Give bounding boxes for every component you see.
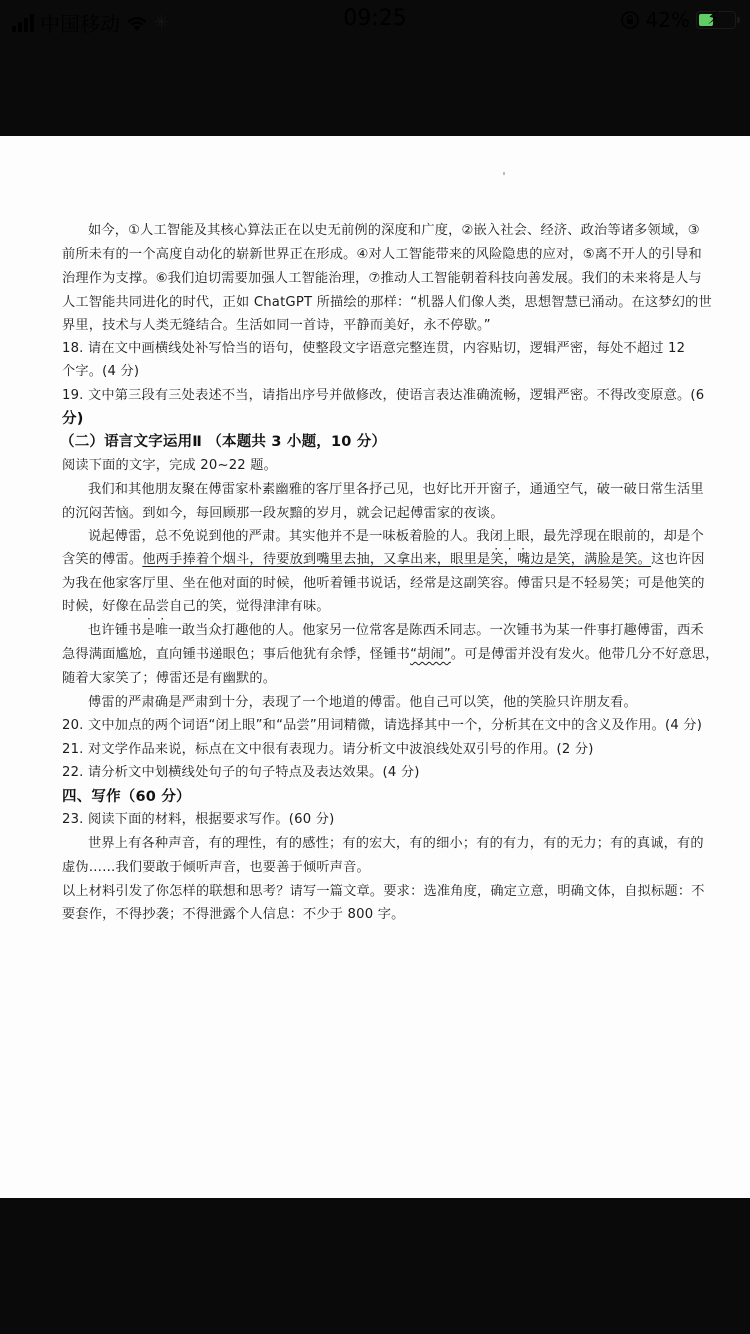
paragraph-line: 时候，好像在品尝自己的笑，觉得津津有味。 — [62, 598, 692, 616]
reading-instruction: 阅读下面的文字，完成 20~22 题。 — [62, 457, 692, 475]
paragraph-line: 虚伪……我们要敢于倾听声音，也要善于倾听声音。 — [62, 859, 692, 877]
text-segment: 时候，好像在 — [62, 599, 142, 614]
paragraph-line: 急得满面尴尬，直向锺书递眼色；事后他犹有余悸，怪锺书“胡闹”。可是傅雷并没有发火… — [62, 646, 692, 664]
emphasis-dot-char: 眼 — [516, 529, 529, 544]
section-heading-writing: 四、写作（60 分） — [62, 788, 692, 806]
paragraph-line: 界里，技术与人类无缝结合。生活如同一首诗，平静而美好，永不停歇。” — [62, 317, 692, 335]
emphasis-dot-char: 上 — [503, 529, 516, 544]
battery-charging-icon: ⚡ — [696, 11, 736, 29]
question-23: 23. 阅读下面的材料，根据要求写作。(60 分) — [62, 811, 692, 829]
question-20: 20. 文中加点的两个词语“闭上眼”和“品尝”用词精微，请选择其中一个，分析其在… — [62, 717, 692, 735]
question-22: 22. 请分析文中划横线处句子的句子特点及表达效果。(4 分) — [62, 764, 692, 782]
paragraph-line: 我们和其他朋友聚在傅雷家朴素幽雅的客厅里各抒己见，也好比开开窗子，通通空气，破一… — [88, 481, 692, 499]
battery-percent: 42% — [646, 8, 690, 32]
underlined-sentence: 他两手捧着个烟斗，待要放到嘴里去抽，又拿出来，眼里是笑，嘴边是笑，满脸是笑。 — [142, 552, 651, 567]
scan-speck — [503, 172, 505, 175]
paragraph-line: 前所未有的一个高度自动化的崭新世界正在形成。④对人工智能带来的风险隐患的应对，⑤… — [62, 246, 692, 264]
text-segment: ，最先浮现在眼前的，却是个 — [530, 529, 704, 544]
text-segment: 说起傅雷，总不免说到他的严肃。其实他并不是一味板着脸的人。我 — [88, 529, 490, 544]
paragraph-line: 如今，①人工智能及其核心算法正在以史无前例的深度和广度，②嵌入社会、经济、政治等… — [88, 222, 692, 240]
emphasis-dot-char: 闭 — [490, 529, 503, 544]
question-18-cont: 个字。(4 分) — [62, 363, 692, 381]
emphasis-dot-char: 品 — [142, 599, 155, 614]
paragraph-line: 治理作为支撑。⑥我们迫切需要加强人工智能治理，⑦推动人工智能朝着科技向善发展。我… — [62, 270, 692, 288]
paragraph-line: 人工智能共同进化的时代，正如 ChatGPT 所描绘的那样：“机器人们像人类，思… — [62, 294, 692, 312]
paragraph-line: 的沉闷苦恼。到如今，每回顾那一段灰黯的岁月，就会记起傅雷家的夜谈。 — [62, 505, 692, 523]
paragraph-line: 为我在他家客厅里、坐在他对面的时候，他听着锺书说话，经常是这副笑容。傅雷只是不轻… — [62, 575, 692, 593]
paragraph-line: 含笑的傅雷。他两手捧着个烟斗，待要放到嘴里去抽，又拿出来，眼里是笑，嘴边是笑，满… — [62, 551, 692, 569]
text-segment: 含笑的傅雷。 — [62, 552, 142, 567]
document-page: 如今，①人工智能及其核心算法正在以史无前例的深度和广度，②嵌入社会、经济、政治等… — [0, 136, 750, 1198]
text-segment: 急得满面尴尬，直向锺书递眼色；事后他犹有余悸，怪锺书 — [62, 647, 410, 662]
text-segment: 。可是傅雷并没有发火。他带几分不好意思， — [451, 647, 719, 662]
text-segment: 这也许因 — [651, 552, 705, 567]
emphasis-dot-char: 尝 — [156, 599, 169, 614]
writing-requirements-cont: 要套作，不得抄袭；不得泄露个人信息：不少于 800 字。 — [62, 906, 692, 924]
status-right: 42% ⚡ — [620, 8, 736, 32]
orientation-lock-icon — [620, 10, 640, 30]
question-21: 21. 对文学作品来说，标点在文中很有表现力。请分析文中波浪线处双引号的作用。(… — [62, 741, 692, 759]
paragraph-line: 随着大家笑了；傅雷还是有幽默的。 — [62, 670, 692, 688]
section-heading-2: （二）语言文字运用Ⅱ （本题共 3 小题，10 分） — [60, 433, 690, 451]
status-bar: 中国移动 ✳ 09:25 42% ⚡ — [0, 0, 750, 40]
paragraph-line: 傅雷的严肃确是严肃到十分，表现了一个地道的傅雷。他自己可以笑，他的笑脸只许朋友看… — [88, 694, 692, 712]
wavy-underlined-quote: “胡闹” — [410, 647, 451, 662]
writing-requirements: 以上材料引发了你怎样的联想和思考？请写一篇文章。要求：选准角度，确定立意，明确文… — [62, 883, 692, 901]
question-19-cont: 分) — [62, 410, 692, 428]
question-19: 19. 文中第三段有三处表述不当，请指出序号并做修改，使语言表达准确流畅，逻辑严… — [62, 387, 692, 405]
paragraph-line: 世界上有各种声音，有的理性，有的感性；有的宏大，有的细小；有的有力，有的无力；有… — [88, 835, 692, 853]
paragraph-line: 也许锺书是唯一敢当众打趣他的人。他家另一位常客是陈西禾同志。一次锺书为某一件事打… — [88, 622, 692, 640]
text-segment: 自己的笑，觉得津津有味。 — [169, 599, 330, 614]
paragraph-line: 说起傅雷，总不免说到他的严肃。其实他并不是一味板着脸的人。我闭上眼，最先浮现在眼… — [88, 528, 692, 546]
question-18: 18. 请在文中画横线处补写恰当的语句，使整段文字语意完整连贯，内容贴切，逻辑严… — [62, 340, 692, 358]
